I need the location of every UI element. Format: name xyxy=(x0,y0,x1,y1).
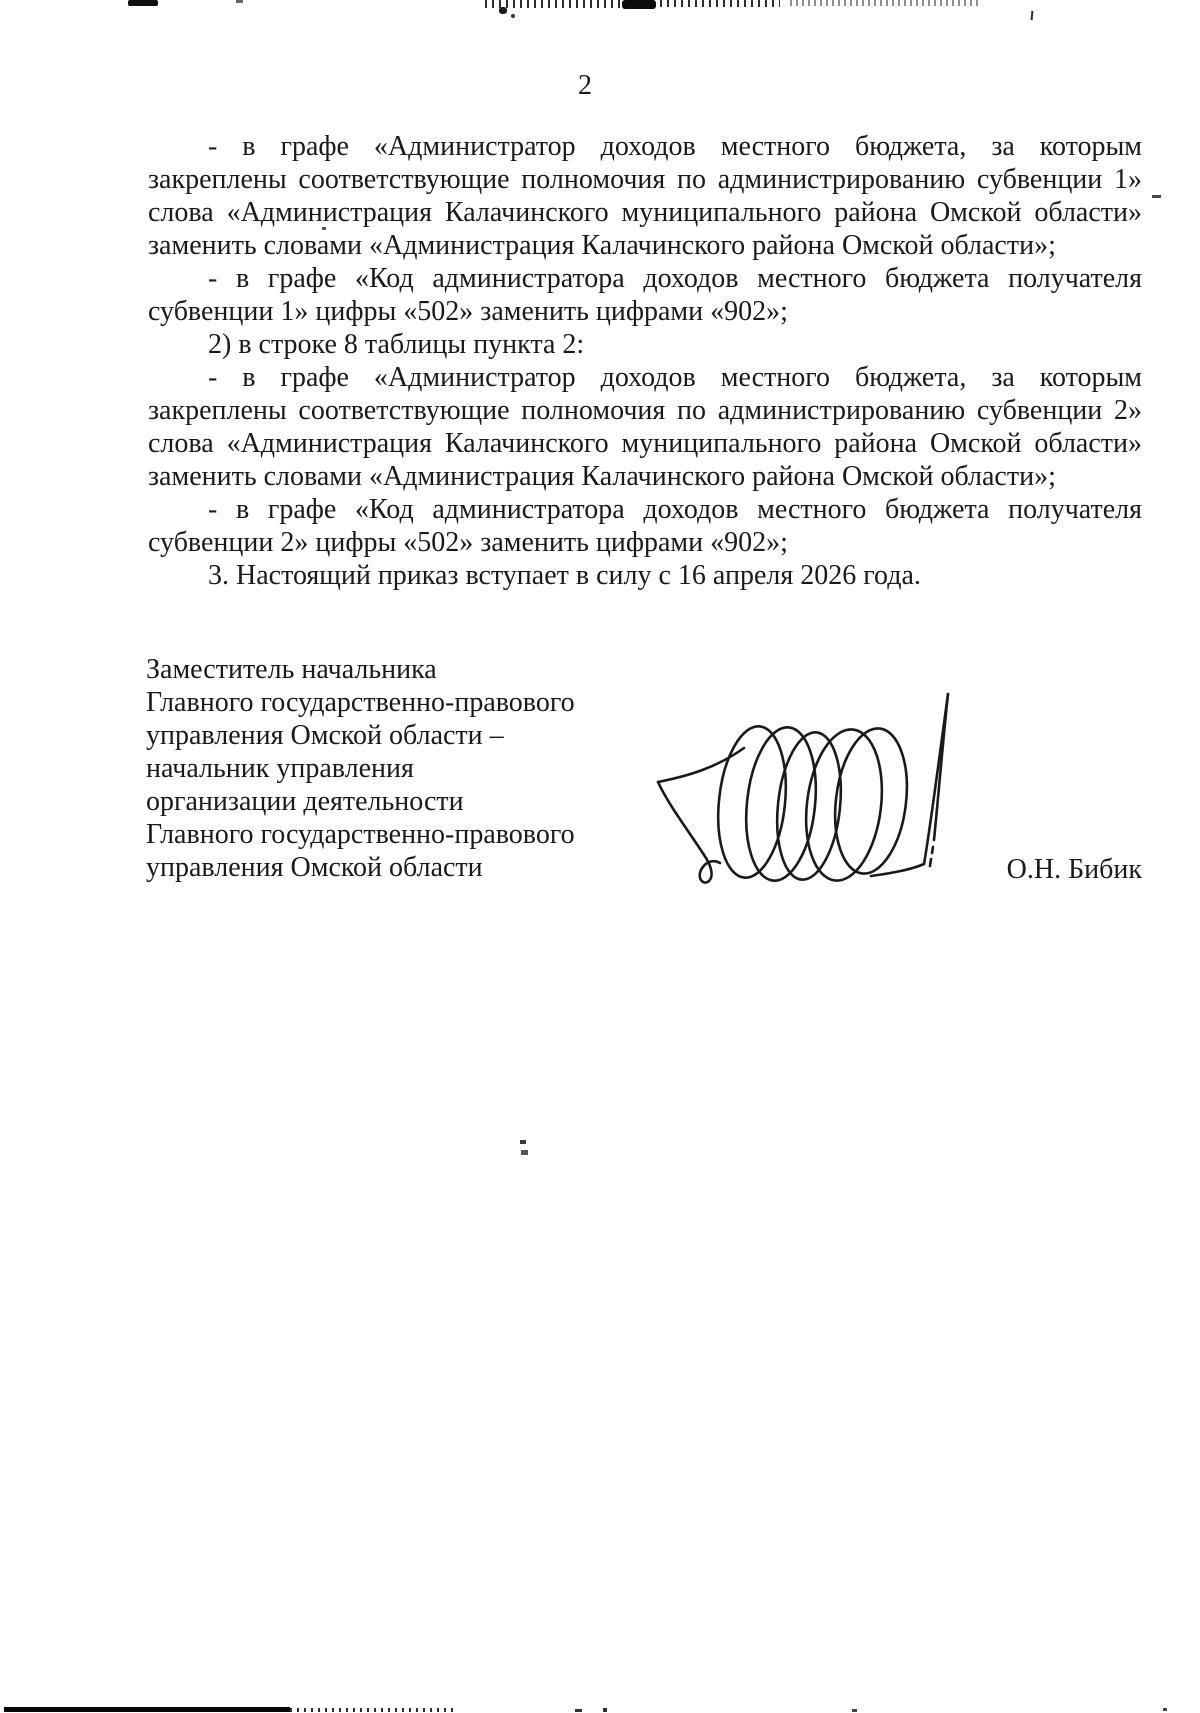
scan-speck xyxy=(236,0,243,3)
scan-speck xyxy=(575,1709,582,1712)
text-line: субвенции 1» цифры «502» заменить цифрам… xyxy=(148,295,1142,328)
text-line: заменить словами «Администрация Калачинс… xyxy=(148,460,1142,493)
signatory-position-line: Заместитель начальника xyxy=(146,653,666,686)
scan-speck xyxy=(521,1150,528,1155)
scan-speck xyxy=(520,1140,526,1144)
text-line: - в графе «Код администратора доходов ме… xyxy=(148,262,1142,295)
scan-noise-band xyxy=(485,0,635,8)
signatory-name: О.Н. Бибик xyxy=(1007,853,1142,886)
scanned-document-page: 2 - в графе «Администратор доходов местн… xyxy=(0,0,1200,1713)
text-line: слова «Администрация Калачинского муници… xyxy=(148,427,1142,460)
signatory-position-line: управления Омской области xyxy=(146,851,666,884)
scan-speck xyxy=(852,1709,857,1712)
scan-noise-blob-center xyxy=(622,0,656,9)
scan-tick xyxy=(1031,11,1034,20)
scan-noise-bottom-band xyxy=(290,1708,455,1712)
text-line: - в графе «Администратор доходов местног… xyxy=(148,361,1142,394)
scan-speck xyxy=(603,1708,607,1712)
signatory-position-line: Главного государственно-правового xyxy=(146,818,666,851)
scan-speck xyxy=(1152,195,1161,198)
scan-noise-band xyxy=(790,0,980,6)
scan-speck xyxy=(511,14,515,18)
text-line: - в графе «Код администратора доходов ме… xyxy=(148,493,1142,526)
page-number: 2 xyxy=(540,72,630,100)
signatory-position-block: Заместитель начальника Главного государс… xyxy=(146,653,666,884)
text-line: 2) в строке 8 таблицы пункта 2: xyxy=(148,328,1142,361)
text-line: заменить словами «Администрация Калачинс… xyxy=(148,229,1142,262)
scan-noise-blob-left xyxy=(128,0,158,6)
text-line: - в графе «Администратор доходов местног… xyxy=(148,130,1142,163)
scan-speck xyxy=(499,7,507,14)
text-line: слова «Администрация Калачинского муници… xyxy=(148,196,1142,229)
text-line: субвенции 2» цифры «502» заменить цифрам… xyxy=(148,526,1142,559)
signatory-position-line: управления Омской области – xyxy=(146,719,666,752)
scan-noise-bottom-line xyxy=(4,1707,290,1712)
order-amendments-text: - в графе «Администратор доходов местног… xyxy=(148,130,1142,592)
scan-noise-band xyxy=(660,0,780,7)
scan-speck xyxy=(1163,1708,1167,1711)
signatory-position-line: организации деятельности xyxy=(146,785,666,818)
signatory-position-line: начальник управления xyxy=(146,752,666,785)
text-line: закреплены соответствующие полномочия по… xyxy=(148,394,1142,427)
text-line: 3. Настоящий приказ вступает в силу с 16… xyxy=(148,559,1142,592)
signatory-position-line: Главного государственно-правового xyxy=(146,686,666,719)
handwritten-signature xyxy=(640,682,960,892)
text-line: закреплены соответствующие полномочия по… xyxy=(148,163,1142,196)
